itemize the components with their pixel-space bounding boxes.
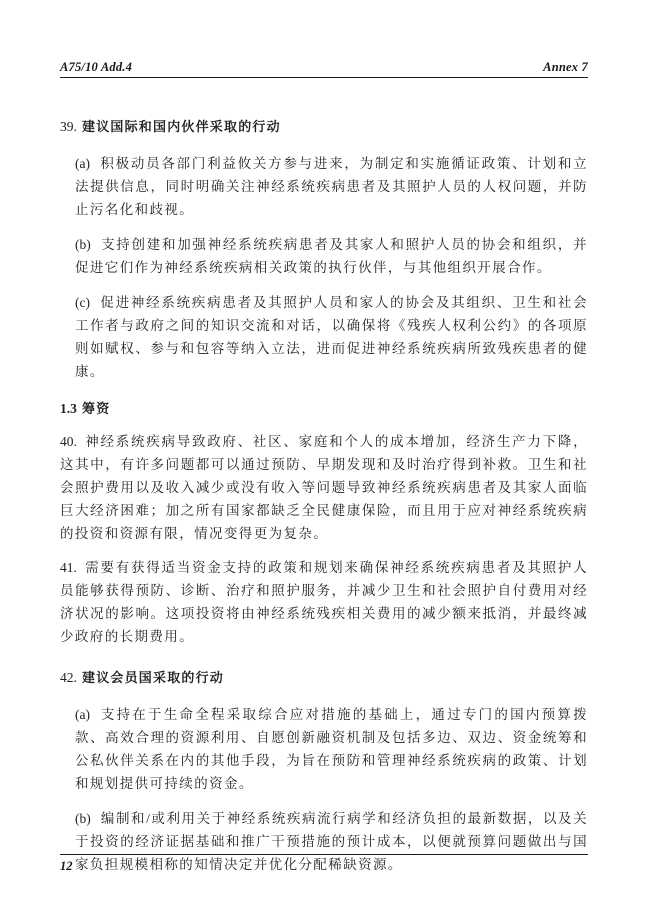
paragraph-number: 40. bbox=[60, 434, 77, 449]
paragraph-text: 支持创建和加强神经系统疾病患者及其家人和照护人员的协会和组织，并促进它们作为神经… bbox=[75, 237, 588, 275]
subparagraph-39b: (b)支持创建和加强神经系统疾病患者及其家人和照护人员的协会和组织，并促进它们作… bbox=[75, 233, 588, 279]
subparagraph-letter: (a) bbox=[75, 707, 90, 722]
paragraph-number: 39. bbox=[60, 115, 82, 138]
heading-paragraph-42: 42.建议会员国采取的行动 bbox=[60, 666, 588, 689]
subparagraph-letter: (c) bbox=[75, 295, 90, 310]
header-rule bbox=[60, 77, 588, 78]
section-number: 1.3 bbox=[60, 397, 82, 420]
paragraph-41: 41.需要有获得适当资金支持的政策和规划来确保神经系统疾病患者及其照护人员能够获… bbox=[60, 556, 588, 648]
paragraph-text: 积极动员各部门利益攸关方参与进来，为制定和实施循证政策、计划和立法提供信息，同时… bbox=[75, 156, 588, 217]
subparagraph-42a: (a)支持在于生命全程采取综合应对措施的基础上，通过专门的国内预算拨款、高效合理… bbox=[75, 703, 588, 795]
annex-label: Annex 7 bbox=[543, 60, 588, 75]
section-heading-1-3: 1.3筹资 bbox=[60, 397, 588, 420]
page-number: 12 bbox=[60, 859, 73, 874]
paragraph-number: 41. bbox=[60, 560, 77, 575]
section-title: 筹资 bbox=[82, 401, 110, 416]
subparagraph-letter: (b) bbox=[75, 811, 91, 826]
page-header: A75/10 Add.4 Annex 7 bbox=[60, 60, 588, 76]
paragraph-text: 支持在于生命全程采取综合应对措施的基础上，通过专门的国内预算拨款、高效合理的资源… bbox=[75, 707, 588, 791]
paragraph-number: 42. bbox=[60, 666, 82, 689]
heading-text: 建议国际和国内伙伴采取的行动 bbox=[82, 119, 281, 134]
paragraph-40: 40.神经系统疾病导致政府、社区、家庭和个人的成本增加，经济生产力下降，这其中，… bbox=[60, 430, 588, 545]
document-id: A75/10 Add.4 bbox=[60, 60, 132, 75]
paragraph-text: 促进神经系统疾病患者及其照护人员和家人的协会及其组织、卫生和社会工作者与政府之间… bbox=[75, 295, 588, 379]
document-page: A75/10 Add.4 Annex 7 39.建议国际和国内伙伴采取的行动 (… bbox=[0, 0, 650, 919]
paragraph-text: 编制和/或利用关于神经系统疾病流行病学和经济负担的最新数据，以及关于投资的经济证… bbox=[75, 811, 588, 872]
paragraph-text: 需要有获得适当资金支持的政策和规划来确保神经系统疾病患者及其照护人员能够获得预防… bbox=[60, 560, 588, 644]
subparagraph-42b: (b)编制和/或利用关于神经系统疾病流行病学和经济负担的最新数据，以及关于投资的… bbox=[75, 807, 588, 876]
subparagraph-39c: (c)促进神经系统疾病患者及其照护人员和家人的协会及其组织、卫生和社会工作者与政… bbox=[75, 291, 588, 383]
subparagraph-39a: (a)积极动员各部门利益攸关方参与进来，为制定和实施循证政策、计划和立法提供信息… bbox=[75, 152, 588, 221]
heading-text: 建议会员国采取的行动 bbox=[82, 670, 224, 685]
heading-paragraph-39: 39.建议国际和国内伙伴采取的行动 bbox=[60, 115, 588, 138]
subparagraph-letter: (a) bbox=[75, 156, 90, 171]
document-body: 39.建议国际和国内伙伴采取的行动 (a)积极动员各部门利益攸关方参与进来，为制… bbox=[60, 115, 588, 888]
paragraph-text: 神经系统疾病导致政府、社区、家庭和个人的成本增加，经济生产力下降，这其中，有许多… bbox=[60, 434, 588, 541]
subparagraph-letter: (b) bbox=[75, 237, 91, 252]
footer-rule bbox=[60, 854, 588, 855]
